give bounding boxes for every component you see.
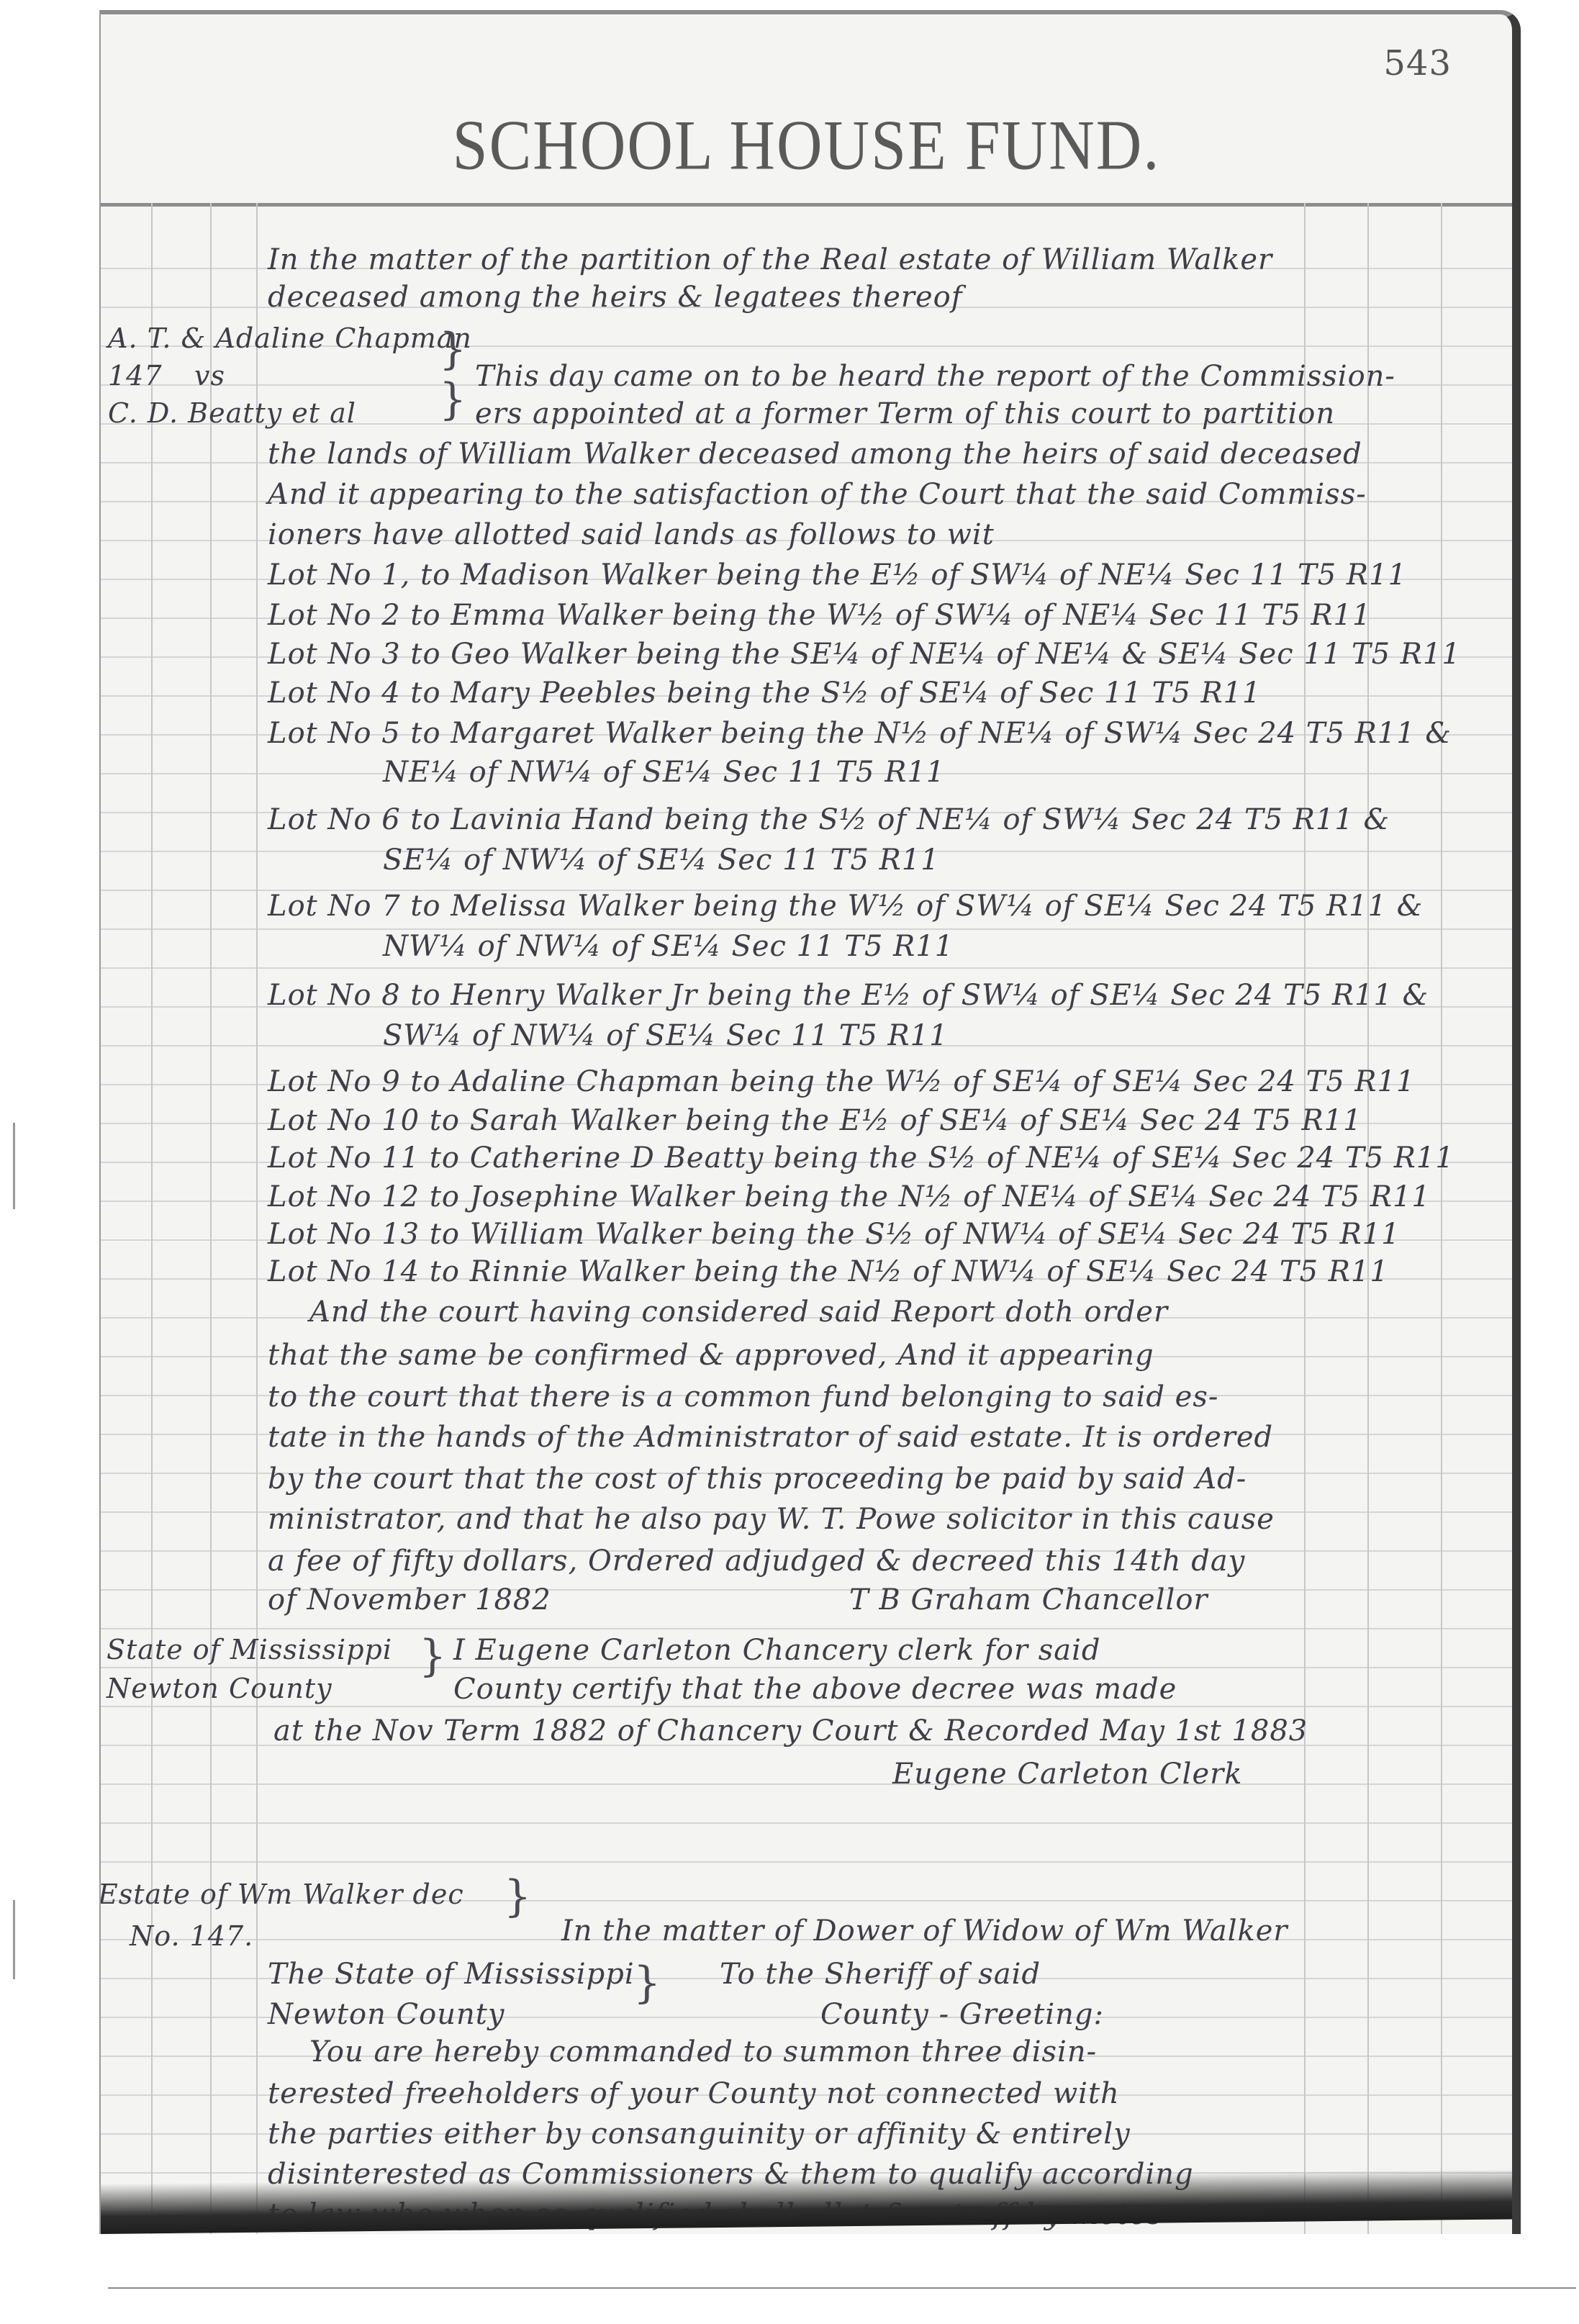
chancellor-signature: T B Graham Chancellor	[849, 1583, 1208, 1617]
lot-allotment: Lot No 8 to Henry Walker Jr being the E½…	[268, 979, 1429, 1012]
clerk-signature: Eugene Carleton Clerk	[892, 1758, 1243, 1791]
summons-line: You are hereby commanded to summon three…	[309, 2035, 1097, 2068]
address-margin-county: Newton County	[268, 1998, 505, 2031]
certification-line: at the Nov Term 1882 of Chancery Court &…	[273, 1714, 1308, 1747]
lot-allotment: Lot No 14 to Rinnie Walker being the N½ …	[268, 1255, 1389, 1288]
page-number: 543	[1383, 43, 1452, 83]
header-rule	[101, 203, 1512, 207]
margin-column-rule	[256, 203, 258, 2234]
brace-mark: }	[633, 1958, 661, 2008]
case-margin-number: 147	[108, 360, 163, 392]
entry-heading-line: deceased among the heirs & legatees ther…	[268, 281, 963, 314]
estate-margin-title: Estate of Wm Walker dec	[99, 1878, 464, 1910]
lot-allotment-continued: NE¼ of NW¼ of SE¼ Sec 11 T5 R11	[383, 756, 945, 789]
ledger-title: SCHOOL HOUSE FUND.	[101, 105, 1512, 186]
case-margin-defendants: C. D. Beatty et al	[108, 397, 356, 429]
decree-line: to the court that there is a common fund…	[268, 1380, 1218, 1414]
brace-mark: }	[439, 374, 466, 425]
entry-body-line: ioners have allotted said lands as follo…	[268, 518, 995, 551]
decree-line: of November 1882	[268, 1583, 551, 1617]
decree-line: a fee of fifty dollars, Ordered adjudged…	[268, 1545, 1245, 1578]
entry-body-line: the lands of William Walker deceased amo…	[268, 438, 1362, 471]
decree-line: by the court that the cost of this proce…	[268, 1462, 1247, 1496]
amount-column-rule	[1441, 203, 1442, 2234]
lot-allotment: Lot No 4 to Mary Peebles being the S½ of…	[268, 677, 1262, 710]
decree-line: tate in the hands of the Administrator o…	[268, 1421, 1273, 1454]
lot-allotment: Lot No 10 to Sarah Walker being the E½ o…	[268, 1104, 1362, 1137]
decree-line: that the same be confirmed & approved, A…	[268, 1339, 1154, 1372]
summons-line: terested freeholders of your County not …	[268, 2077, 1120, 2110]
estate-margin-number: No. 147.	[130, 1920, 253, 1952]
summons-line: the parties either by consanguinity or a…	[268, 2117, 1131, 2151]
lot-allotment: Lot No 1, to Madison Walker being the E½…	[268, 559, 1407, 592]
lot-allotment-continued: SW¼ of NW¼ of SE¼ Sec 11 T5 R11	[383, 1019, 949, 1052]
lot-allotment-continued: SE¼ of NW¼ of SE¼ Sec 11 T5 R11	[383, 844, 940, 877]
decree-line: And the court having considered said Rep…	[309, 1296, 1168, 1329]
brace-mark: }	[419, 1631, 446, 1681]
brace-mark: }	[439, 324, 466, 374]
case-margin-versus: vs	[194, 360, 225, 392]
entry-body-line: And it appearing to the satisfaction of …	[268, 478, 1367, 511]
lot-allotment: Lot No 13 to William Walker being the S½…	[268, 1218, 1401, 1251]
brace-mark: }	[504, 1871, 531, 1922]
decree-line: ministrator, and that he also pay W. T. …	[268, 1503, 1275, 1536]
lot-allotment: Lot No 7 to Melissa Walker being the W½ …	[268, 890, 1423, 923]
entry-body-line: This day came on to be heard the report …	[475, 360, 1395, 393]
certification-margin-county: Newton County	[107, 1673, 332, 1704]
lot-allotment: Lot No 12 to Josephine Walker being the …	[268, 1180, 1431, 1213]
ledger-page: 543 SCHOOL HOUSE FUND. In the matter of …	[99, 10, 1521, 2234]
lot-allotment: Lot No 5 to Margaret Walker being the N½…	[268, 717, 1452, 750]
address-margin-state: The State of Mississippi	[268, 1958, 635, 1991]
entry-heading-line: In the matter of the partition of the Re…	[268, 243, 1272, 276]
lot-allotment-continued: NW¼ of NW¼ of SE¼ Sec 11 T5 R11	[383, 930, 954, 963]
entry-body-line: ers appointed at a former Term of this c…	[475, 397, 1335, 430]
lot-allotment: Lot No 9 to Adaline Chapman being the W½…	[268, 1065, 1415, 1098]
lot-allotment: Lot No 11 to Catherine D Beatty being th…	[268, 1141, 1454, 1175]
address-greeting: County - Greeting:	[820, 1998, 1104, 2031]
certification-margin-state: State of Mississippi	[107, 1634, 392, 1665]
scan-base-line	[108, 2287, 1576, 2289]
lot-allotment: Lot No 6 to Lavinia Hand being the S½ of…	[268, 803, 1390, 836]
address-to-sheriff: To the Sheriff of said	[720, 1958, 1041, 1991]
scan-edge-mark	[13, 1900, 15, 1979]
dower-heading: In the matter of Dower of Widow of Wm Wa…	[561, 1914, 1288, 1948]
lot-allotment: Lot No 2 to Emma Walker being the W½ of …	[268, 599, 1371, 632]
lot-allotment: Lot No 3 to Geo Walker being the SE¼ of …	[268, 638, 1461, 671]
scan-edge-mark	[13, 1123, 15, 1209]
certification-line: I Eugene Carleton Chancery clerk for sai…	[453, 1634, 1101, 1667]
certification-line: County certify that the above decree was…	[453, 1673, 1177, 1706]
case-margin-parties: A. T. & Adaline Chapman	[108, 322, 472, 354]
